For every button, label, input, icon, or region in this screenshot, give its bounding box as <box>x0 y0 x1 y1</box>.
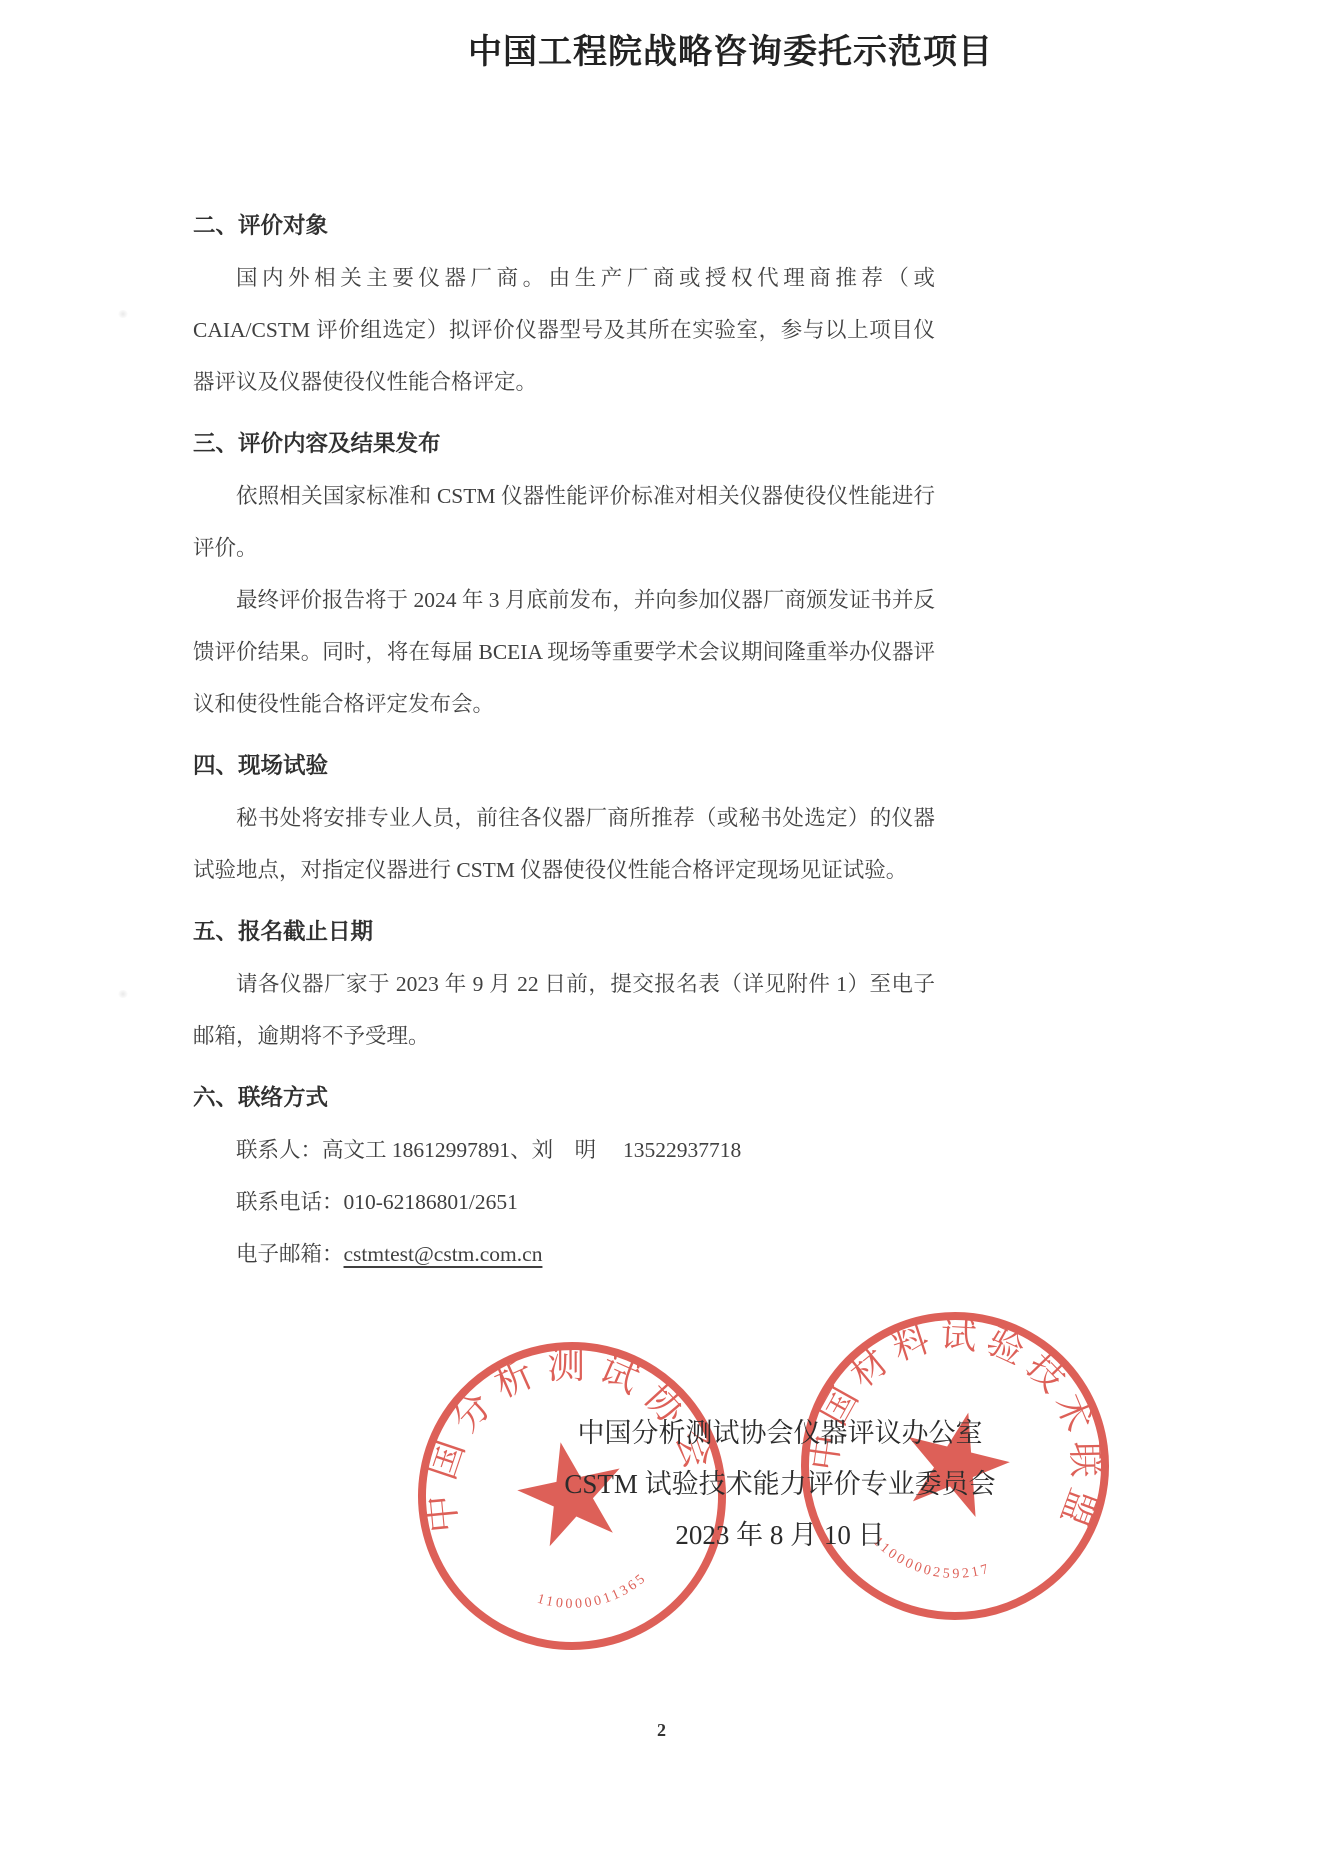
document-page: 中国工程院战略咨询委托示范项目 二、评价对象 国内外相关主要仪器厂商。由生产厂商… <box>0 0 1323 1870</box>
left-seal-serial: 110000011365 <box>533 1569 654 1622</box>
section-5-paragraph: 请各仪器厂家于 2023 年 9 月 22 日前，提交报名表（详见附件 1）至电… <box>193 958 935 1062</box>
section-heading-4: 四、现场试验 <box>193 740 935 792</box>
section-2-paragraph: 国内外相关主要仪器厂商。由生产厂商或授权代理商推荐（或 CAIA/CSTM 评价… <box>193 252 935 408</box>
document-body: 二、评价对象 国内外相关主要仪器厂商。由生产厂商或授权代理商推荐（或 CAIA/… <box>193 200 935 1280</box>
contact-phone-line: 联系电话：010-62186801/2651 <box>193 1176 935 1228</box>
scan-artifact <box>118 990 128 998</box>
contact-person-line: 联系人：高文工 18612997891、刘 明 13522937718 <box>193 1124 935 1176</box>
section-3-paragraph-1: 依照相关国家标准和 CSTM 仪器性能评价标准对相关仪器使役仪性能进行评价。 <box>193 470 935 574</box>
page-number: 2 <box>0 1720 1323 1741</box>
scan-artifact <box>118 310 128 318</box>
signature-org-line-1: 中国分析测试协会仪器评议办公室 <box>440 1408 1120 1459</box>
section-heading-2: 二、评价对象 <box>193 200 935 252</box>
section-3-paragraph-2: 最终评价报告将于 2024 年 3 月底前发布，并向参加仪器厂商颁发证书并反馈评… <box>193 574 935 730</box>
signature-org-line-2: CSTM 试验技术能力评价专业委员会 <box>440 1459 1120 1510</box>
section-heading-5: 五、报名截止日期 <box>193 906 935 958</box>
section-4-paragraph: 秘书处将安排专业人员，前往各仪器厂商所推荐（或秘书处选定）的仪器试验地点，对指定… <box>193 792 935 896</box>
document-header-title: 中国工程院战略咨询委托示范项目 <box>0 24 993 73</box>
section-heading-3: 三、评价内容及结果发布 <box>193 418 935 470</box>
contact-email-label: 电子邮箱： <box>236 1242 344 1266</box>
signature-block: 中国分析测试协会仪器评议办公室 CSTM 试验技术能力评价专业委员会 2023 … <box>440 1408 1120 1561</box>
section-heading-6: 六、联络方式 <box>193 1072 935 1124</box>
contact-email-line: 电子邮箱：cstmtest@cstm.com.cn <box>193 1228 935 1280</box>
signature-date-line: 2023 年 8 月 10 日 <box>440 1510 1120 1561</box>
contact-email-link[interactable]: cstmtest@cstm.com.cn <box>344 1242 543 1266</box>
